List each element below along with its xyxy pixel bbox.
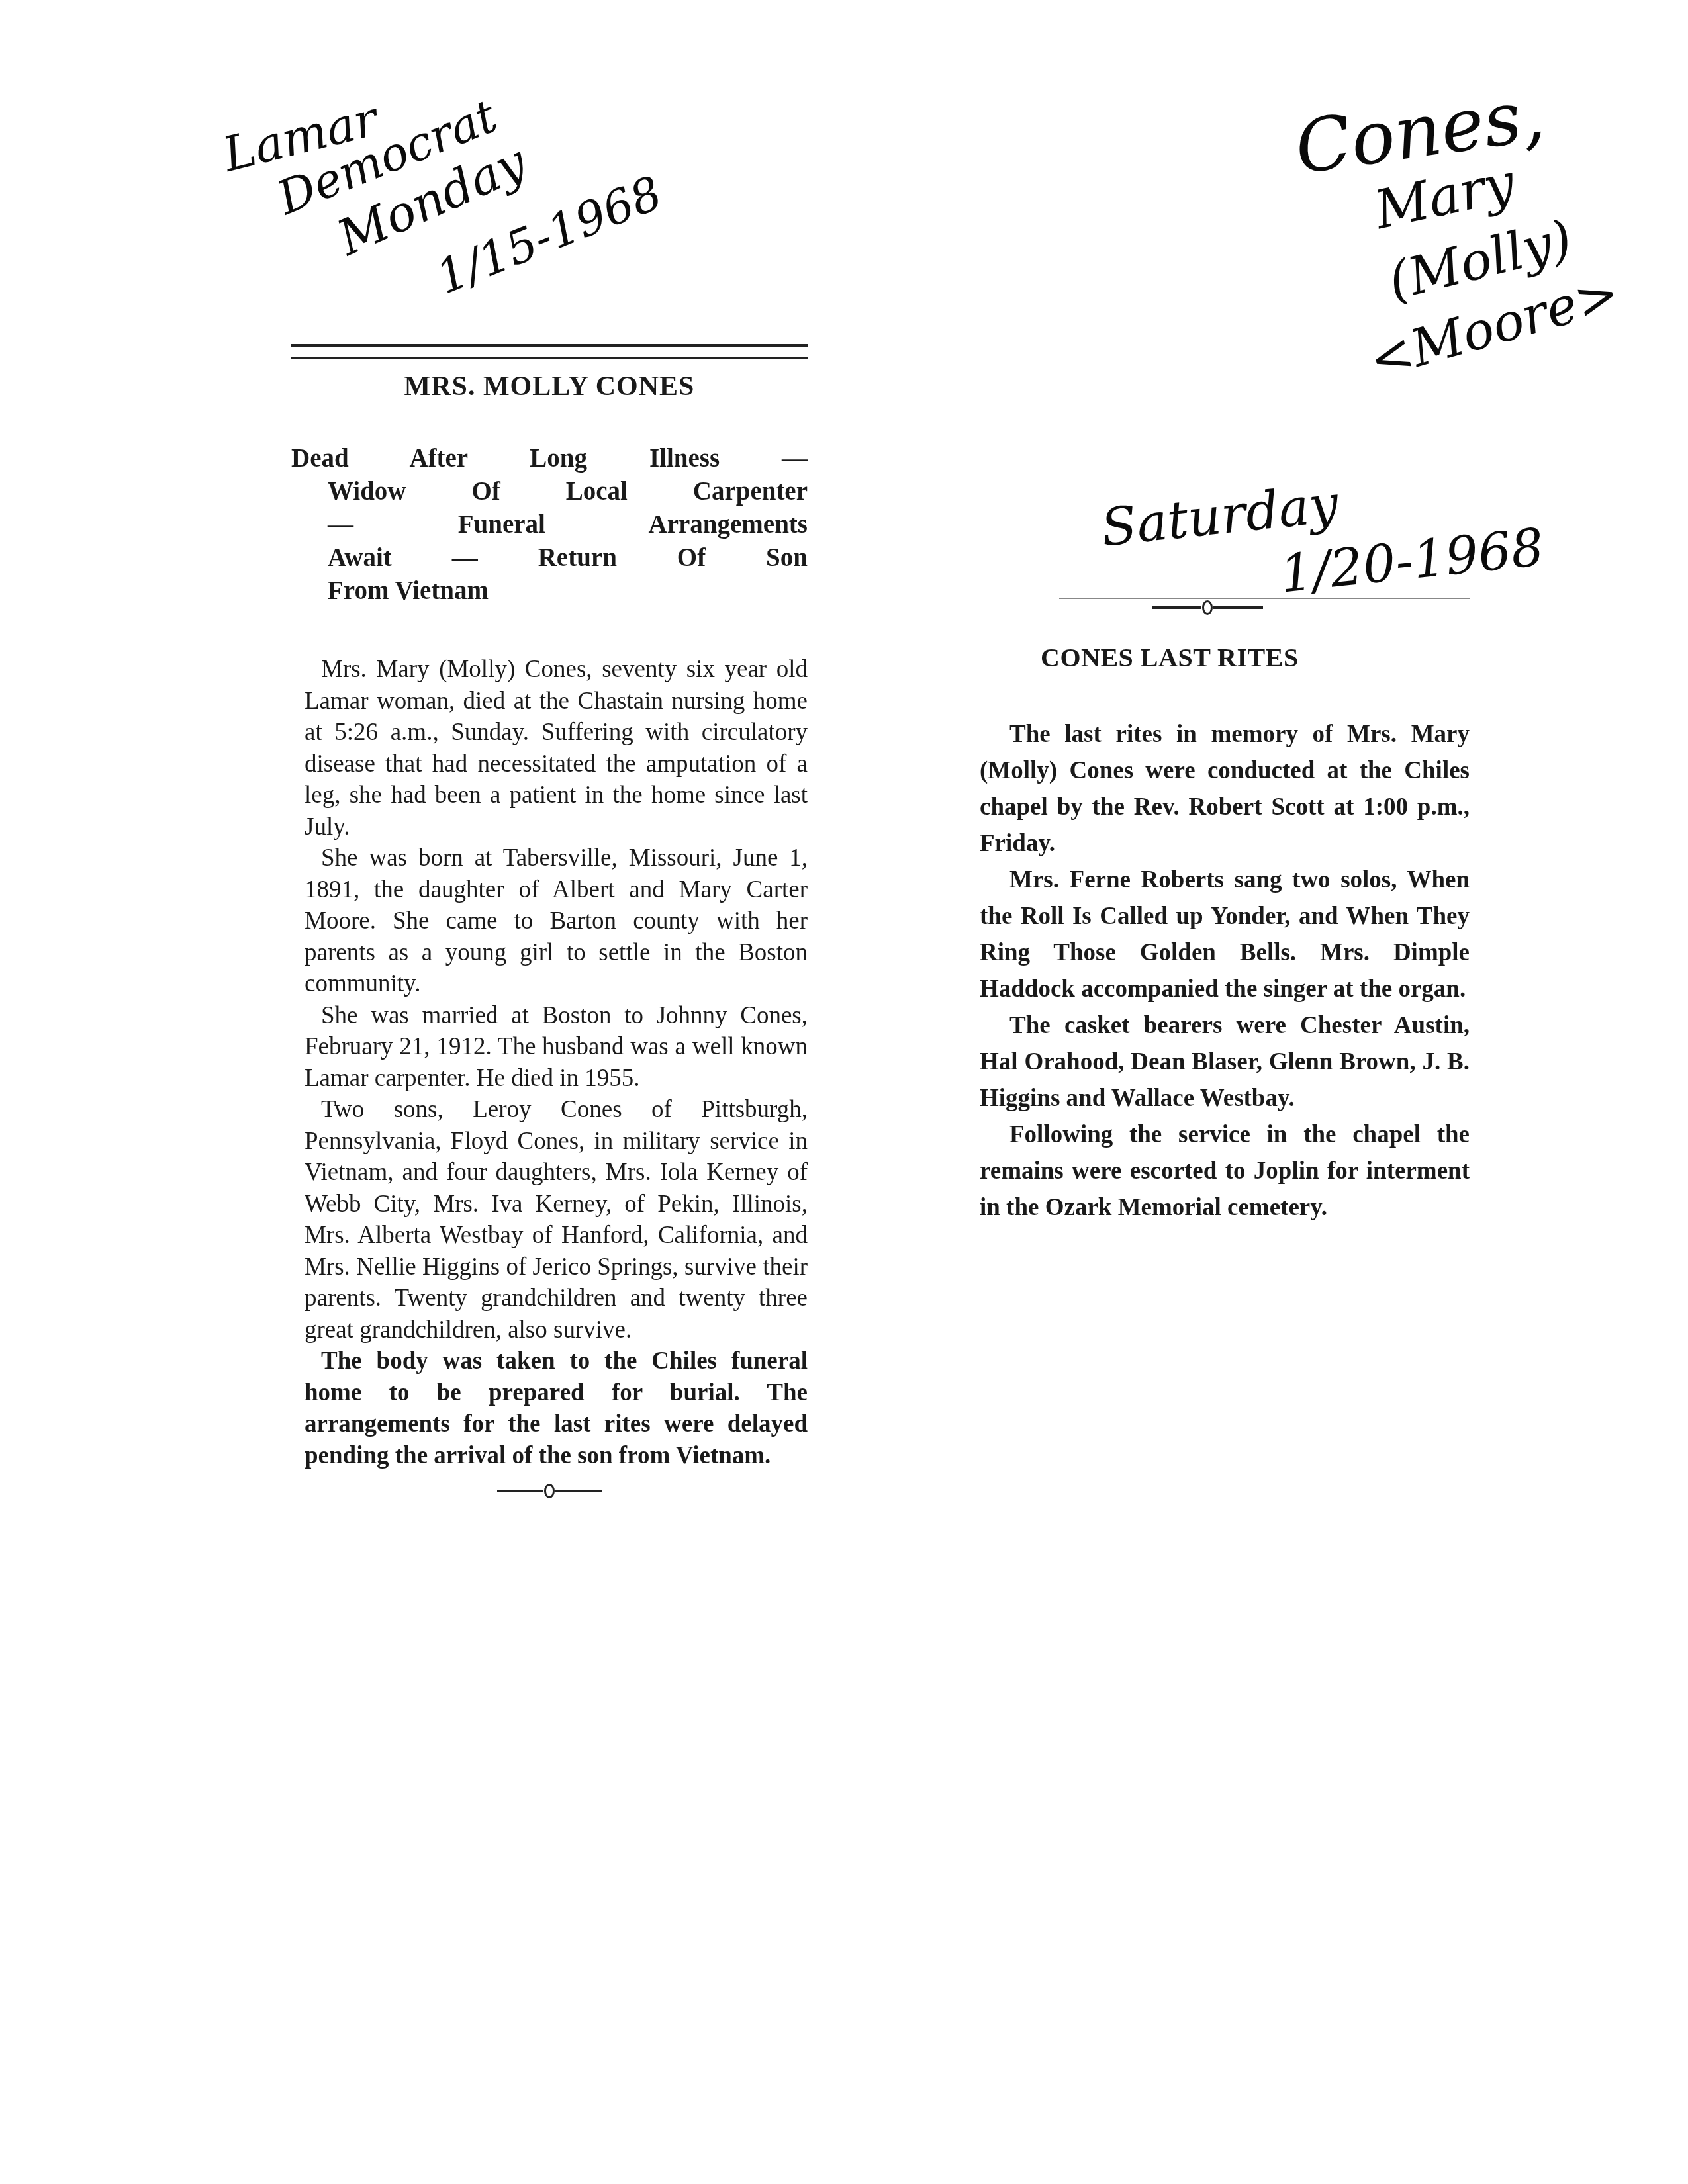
obituary-clipping: MRS. MOLLY CONES Dead After Long Illness… <box>291 344 808 1498</box>
subhead-line: Widow Of Local Carpenter <box>291 475 808 508</box>
ornament-bar <box>555 1490 602 1492</box>
ornament-bar <box>497 1490 543 1492</box>
last-rites-clipping: CONES LAST RITES The last rites in memor… <box>980 596 1470 1226</box>
last-rites-paragraph: Following the service in the chapel the … <box>980 1116 1470 1226</box>
obituary-paragraph: The body was taken to the Chiles funeral… <box>305 1345 808 1471</box>
obituary-headline: MRS. MOLLY CONES <box>291 371 808 402</box>
subhead-line: Await — Return Of Son <box>291 541 808 574</box>
ornament-ring <box>544 1484 555 1498</box>
obituary-body: Mrs. Mary (Molly) Cones, seventy six yea… <box>291 654 808 1471</box>
obituary-paragraph: Two sons, Leroy Cones of Pittsburgh, Pen… <box>305 1094 808 1345</box>
subhead-line: Dead After Long Illness — <box>291 442 808 475</box>
obituary-paragraph: She was born at Tabersville, Missouri, J… <box>305 842 808 1000</box>
subhead-line: From Vietnam <box>291 574 808 608</box>
last-rites-headline: CONES LAST RITES <box>1041 642 1470 673</box>
obituary-paragraph: She was married at Boston to Johnny Cone… <box>305 1000 808 1095</box>
last-rites-paragraph: The last rites in memory of Mrs. Mary (M… <box>980 716 1470 862</box>
last-rites-body: The last rites in memory of Mrs. Mary (M… <box>980 716 1470 1226</box>
last-rites-paragraph: Mrs. Ferne Roberts sang two solos, When … <box>980 862 1470 1007</box>
obituary-paragraph: Mrs. Mary (Molly) Cones, seventy six yea… <box>305 654 808 842</box>
double-rule-divider <box>291 344 808 359</box>
obituary-subheadline: Dead After Long Illness — Widow Of Local… <box>291 442 808 608</box>
end-ornament <box>291 1484 808 1498</box>
subhead-line: — Funeral Arrangements <box>291 508 808 541</box>
last-rites-paragraph: The casket bearers were Chester Austin, … <box>980 1007 1470 1116</box>
